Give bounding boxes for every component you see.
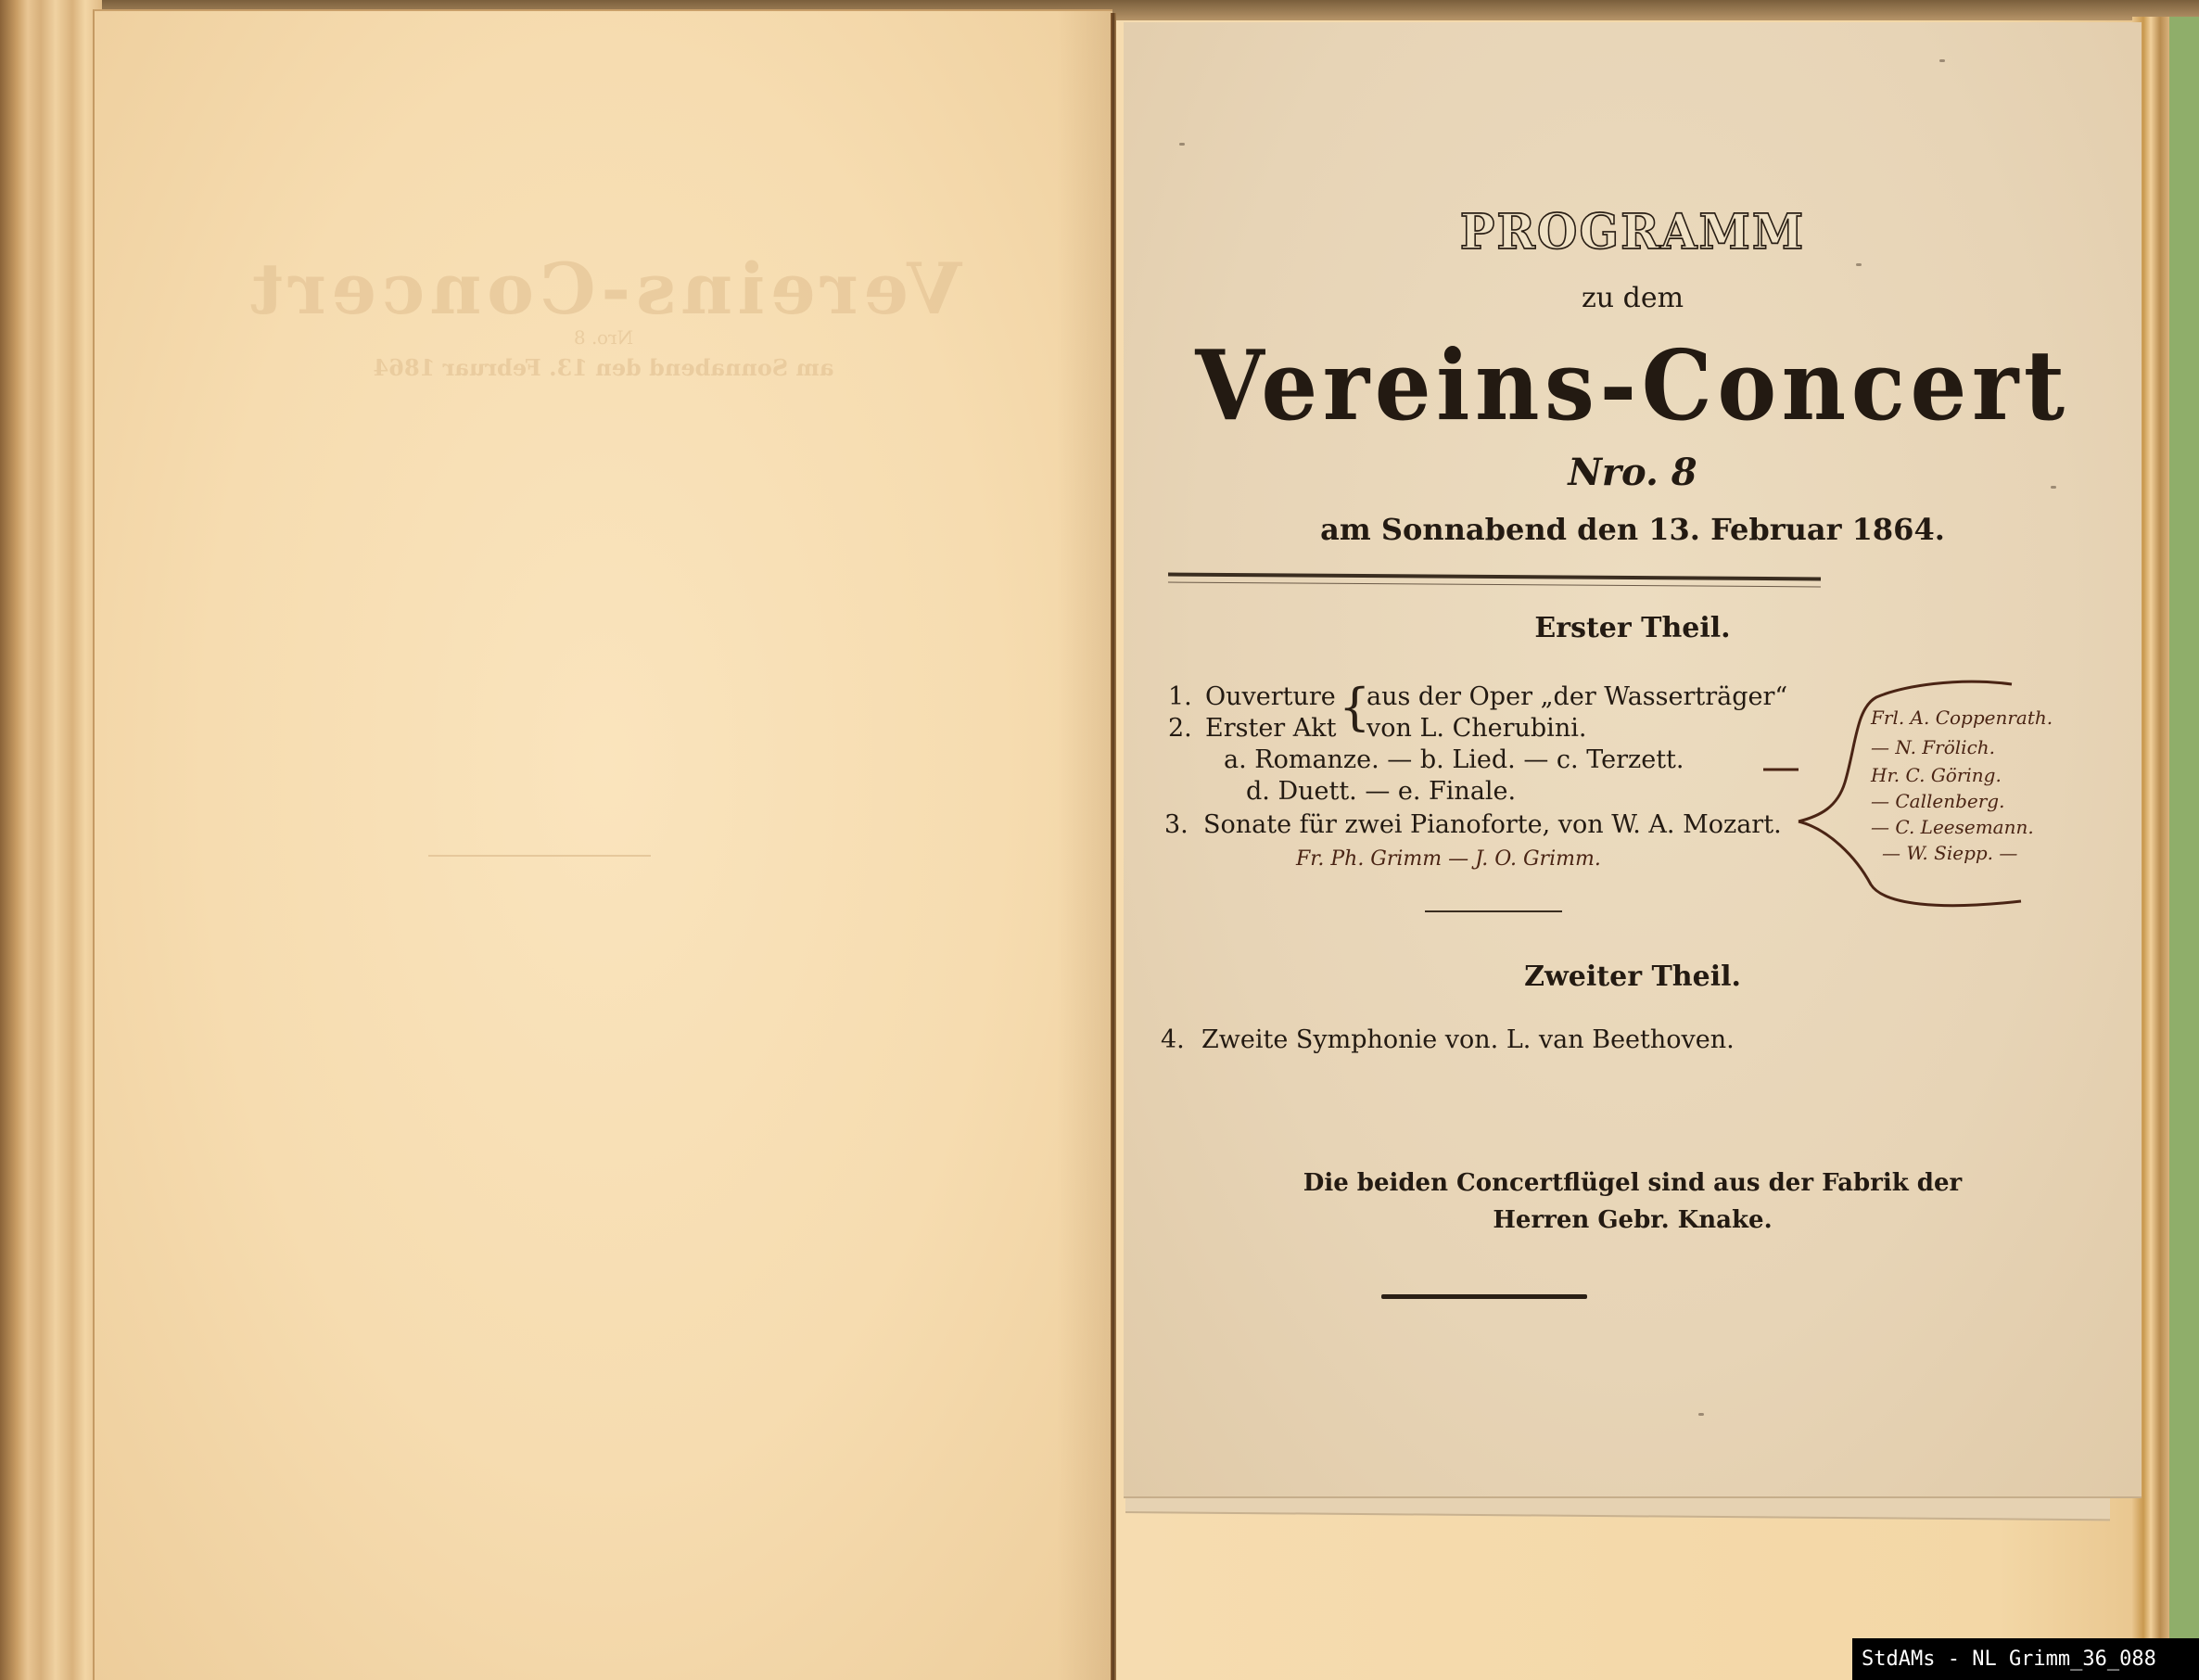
piano-maker-note-line2: Herren Gebr. Knake.: [1124, 1202, 2142, 1239]
item-1-title: Ouverture: [1205, 682, 1336, 711]
left-page-stack: [0, 0, 102, 1680]
item-4-number: 4.: [1161, 1025, 1185, 1054]
item-3-number: 3.: [1164, 810, 1188, 839]
double-rule-divider: [1168, 573, 1821, 588]
program-header: PROGRAMM: [1124, 203, 2142, 261]
item-2-number: 2.: [1168, 714, 1192, 743]
handwritten-singer-6: — W. Siepp. —: [1882, 842, 2017, 864]
archive-label: StdAMs - NL Grimm_36_088: [1852, 1638, 2199, 1680]
handwritten-singer-4: — Callenberg.: [1871, 790, 2004, 812]
item-2-subparts-a: a. Romanze. — b. Lied. — c. Terzett.: [1224, 745, 1684, 774]
handwritten-sonata-performers: Fr. Ph. Grimm — J. O. Grimm.: [1296, 847, 1601, 871]
handwritten-singer-3: Hr. C. Göring.: [1871, 764, 2002, 786]
green-cover-edge: [2169, 17, 2199, 1680]
piano-maker-note: Die beiden Concertflügel sind aus der Fa…: [1124, 1165, 2142, 1239]
bleed-through-rule: [428, 855, 651, 857]
item-4-title: Zweite Symphonie von. L. van Beethoven.: [1201, 1025, 1735, 1054]
program-subheader: zu dem: [1124, 282, 2142, 314]
closing-rule: [1381, 1294, 1587, 1299]
left-page: Vereins-Concert Nro. 8 am Sonnabend den …: [93, 9, 1112, 1680]
item-1-number: 1.: [1168, 682, 1192, 711]
handwritten-singer-5: — C. Leesemann.: [1871, 816, 2034, 838]
piano-maker-note-line1: Die beiden Concertflügel sind aus der Fa…: [1124, 1165, 2142, 1202]
bleed-through-date: am Sonnabend den 13. Februar 1864: [95, 354, 1112, 381]
concert-title: Vereins-Concert: [1164, 328, 2101, 442]
item-2-detail: von L. Cherubini.: [1366, 714, 1586, 743]
bleed-through-title: Vereins-Concert: [95, 248, 1112, 330]
short-rule-divider: [1425, 910, 1562, 912]
bleed-through-number: Nro. 8: [95, 326, 1112, 349]
concert-number: Nro. 8: [1124, 451, 2142, 494]
part-one-heading: Erster Theil.: [1124, 612, 2142, 644]
handwritten-singer-2: — N. Frölich.: [1871, 736, 1995, 758]
part-two-heading: Zweiter Theil.: [1124, 961, 2142, 993]
concert-date: am Sonnabend den 13. Februar 1864.: [1124, 512, 2142, 547]
program-content: PROGRAMM zu dem Vereins-Concert Nro. 8 a…: [1124, 22, 2142, 1496]
item-1-detail: aus der Oper „der Wasserträger“: [1366, 682, 1787, 711]
handwritten-singer-1: Frl. A. Coppenrath.: [1871, 706, 2053, 729]
item-3-title: Sonate für zwei Pianoforte, von W. A. Mo…: [1203, 810, 1782, 839]
item-2-subparts-b: d. Duett. — e. Finale.: [1246, 777, 1516, 806]
item-2-title: Erster Akt: [1205, 714, 1337, 743]
